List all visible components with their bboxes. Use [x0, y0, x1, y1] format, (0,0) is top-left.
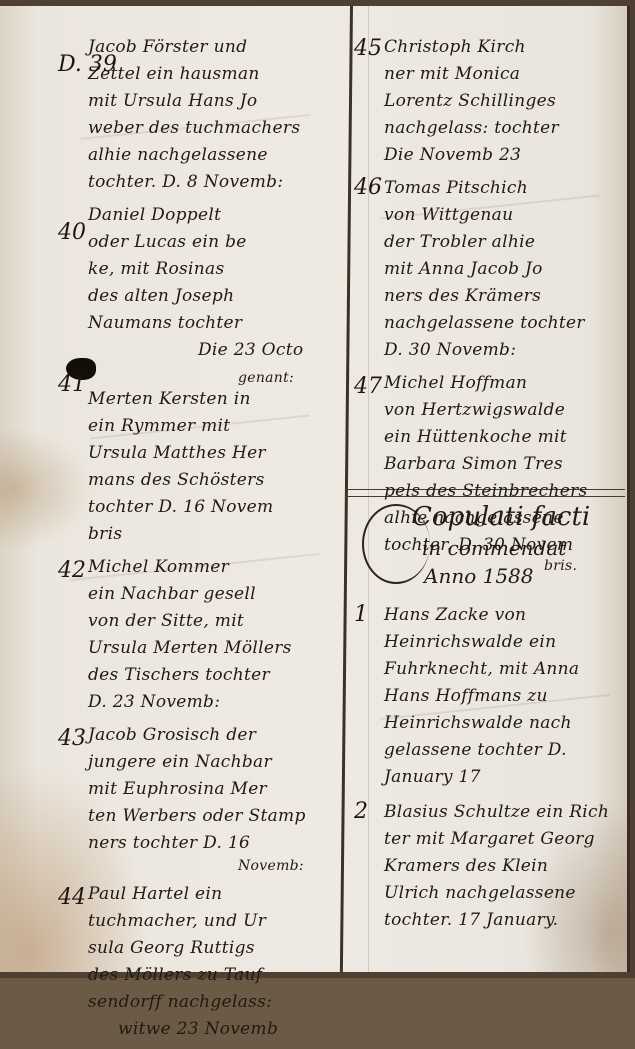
entry-number: 40 [58, 220, 86, 245]
entry-line: Merten Kersten in [88, 386, 346, 413]
entry-line: Ursula Matthes Her [88, 440, 346, 467]
entry-line: der Trobler alhie [384, 229, 620, 256]
entry-line: oder Lucas ein be [88, 229, 346, 256]
entry-number: 43 [58, 726, 86, 751]
entry-line: mit Ursula Hans Jo [88, 88, 346, 115]
register-entry: 45 Christoph Kirch ner mit Monica Lorent… [358, 34, 620, 169]
entry-line: tuchmacher, und Ur [88, 908, 346, 935]
entry-line: des alten Joseph [88, 283, 346, 310]
left-column: D. 39 Jacob Förster und Zettel ein hausm… [62, 34, 346, 978]
register-entry: 46 Tomas Pitschich von Wittgenau der Tro… [358, 175, 620, 364]
entry-line: Zettel ein hausman [88, 61, 346, 88]
entry-number: 2 [354, 799, 368, 824]
register-entry: 40 Daniel Doppelt oder Lucas ein be ke, … [62, 202, 346, 364]
entry-line: January 17 [384, 764, 620, 791]
entry-line: ner mit Monica [384, 61, 620, 88]
entry-line: nachgelass: tochter [384, 115, 620, 142]
entry-line: Ursula Merten Möllers [88, 635, 346, 662]
section-header-copulati: Copulati facti in commendat Anno 1588 [352, 490, 622, 590]
entry-line: ke, mit Rosinas [88, 256, 346, 283]
entry-number: 44 [58, 885, 86, 910]
entry-line: Heinrichswalde nach [384, 710, 620, 737]
entry-number: D. 39 [58, 52, 117, 77]
entry-line: tochter. D. 8 Novemb: [88, 169, 346, 196]
entry-line: Hans Zacke von [384, 602, 620, 629]
entry-line: D. 30 Novemb: [384, 337, 620, 364]
entry-number: 1 [354, 602, 368, 627]
entry-line: ter mit Margaret Georg [384, 826, 620, 853]
entry-number: 47 [354, 374, 382, 399]
entry-line: ners tochter D. 16 [88, 830, 346, 857]
entry-number: 46 [354, 175, 382, 200]
entry-line: Christoph Kirch [384, 34, 620, 61]
entry-line: Barbara Simon Tres [384, 451, 620, 478]
entry-number: 45 [354, 36, 382, 61]
entry-line: Heinrichswalde ein [384, 629, 620, 656]
entry-line: sula Georg Ruttigs [88, 935, 346, 962]
entry-line: Tomas Pitschich [384, 175, 620, 202]
entry-line: genant: [88, 370, 346, 386]
register-entry: 41 genant: Merten Kersten in ein Rymmer … [62, 370, 346, 548]
entry-line: alhie nachgelassene [88, 142, 346, 169]
entry-line: mit Euphrosina Mer [88, 776, 346, 803]
register-entry: 43 Jacob Grosisch der jungere ein Nachba… [62, 722, 346, 875]
entry-line: des Tischers tochter [88, 662, 346, 689]
entry-line: jungere ein Nachbar [88, 749, 346, 776]
entry-line: Michel Hoffman [384, 370, 620, 397]
entry-line: von Wittgenau [384, 202, 620, 229]
entry-line: Daniel Doppelt [88, 202, 346, 229]
entry-line: Jacob Grosisch der [88, 722, 346, 749]
entry-line: von Hertzwigswalde [384, 397, 620, 424]
entry-line: mit Anna Jacob Jo [384, 256, 620, 283]
entry-line: mans des Schösters [88, 467, 346, 494]
entry-line: Novemb: [88, 857, 346, 875]
entry-line: Lorentz Schillinges [384, 88, 620, 115]
entry-line: ein Hüttenkoche mit [384, 424, 620, 451]
page-frame: D. 39 Jacob Förster und Zettel ein hausm… [0, 0, 635, 978]
entry-line: Kramers des Klein [384, 853, 620, 880]
section-header-year: Anno 1588 [424, 564, 534, 588]
entry-line: tochter D. 16 Novem [88, 494, 346, 521]
section-header-line: in commendat [422, 536, 566, 560]
entry-line: Ulrich nachgelassene [384, 880, 620, 907]
entry-number: 41 [58, 372, 86, 397]
entry-line: des Möllers zu Tauf [88, 962, 346, 978]
entry-line: Jacob Förster und [88, 34, 346, 61]
entry-line: Paul Hartel ein [88, 881, 346, 908]
entry-line: Michel Kommer [88, 554, 346, 581]
entry-number: 42 [58, 558, 86, 583]
register-entry: 42 Michel Kommer ein Nachbar gesell von … [62, 554, 346, 716]
entry-line: Fuhrknecht, mit Anna [384, 656, 620, 683]
entry-line: Blasius Schultze ein Rich [384, 799, 620, 826]
register-entry: D. 39 Jacob Förster und Zettel ein hausm… [62, 34, 346, 196]
manuscript-page: D. 39 Jacob Förster und Zettel ein hausm… [0, 6, 630, 972]
entry-line: weber des tuchmachers [88, 115, 346, 142]
register-entry: 2 Blasius Schultze ein Rich ter mit Marg… [358, 799, 620, 934]
right-column-new-year: 1 Hans Zacke von Heinrichswalde ein Fuhr… [358, 602, 620, 940]
entry-line: Naumans tochter [88, 310, 346, 337]
entry-line: ners des Krämers [384, 283, 620, 310]
entry-line: Die 23 Octo [88, 337, 346, 364]
entry-line: ten Werbers oder Stamp [88, 803, 346, 830]
entry-line: von der Sitte, mit [88, 608, 346, 635]
entry-line: nachgelassene tochter [384, 310, 620, 337]
entry-line: gelassene tochter D. [384, 737, 620, 764]
entry-line: ein Rymmer mit [88, 413, 346, 440]
register-entry: 1 Hans Zacke von Heinrichswalde ein Fuhr… [358, 602, 620, 791]
entry-line: D. 23 Novemb: [88, 689, 346, 716]
entry-line: Die Novemb 23 [384, 142, 620, 169]
entry-line: Hans Hoffmans zu [384, 683, 620, 710]
section-header-line: Copulati facti [412, 502, 590, 532]
entry-line: bris [88, 521, 346, 548]
entry-line: ein Nachbar gesell [88, 581, 346, 608]
register-entry: 44 Paul Hartel ein tuchmacher, und Ur su… [62, 881, 346, 978]
entry-line: tochter. 17 January. [384, 907, 620, 934]
